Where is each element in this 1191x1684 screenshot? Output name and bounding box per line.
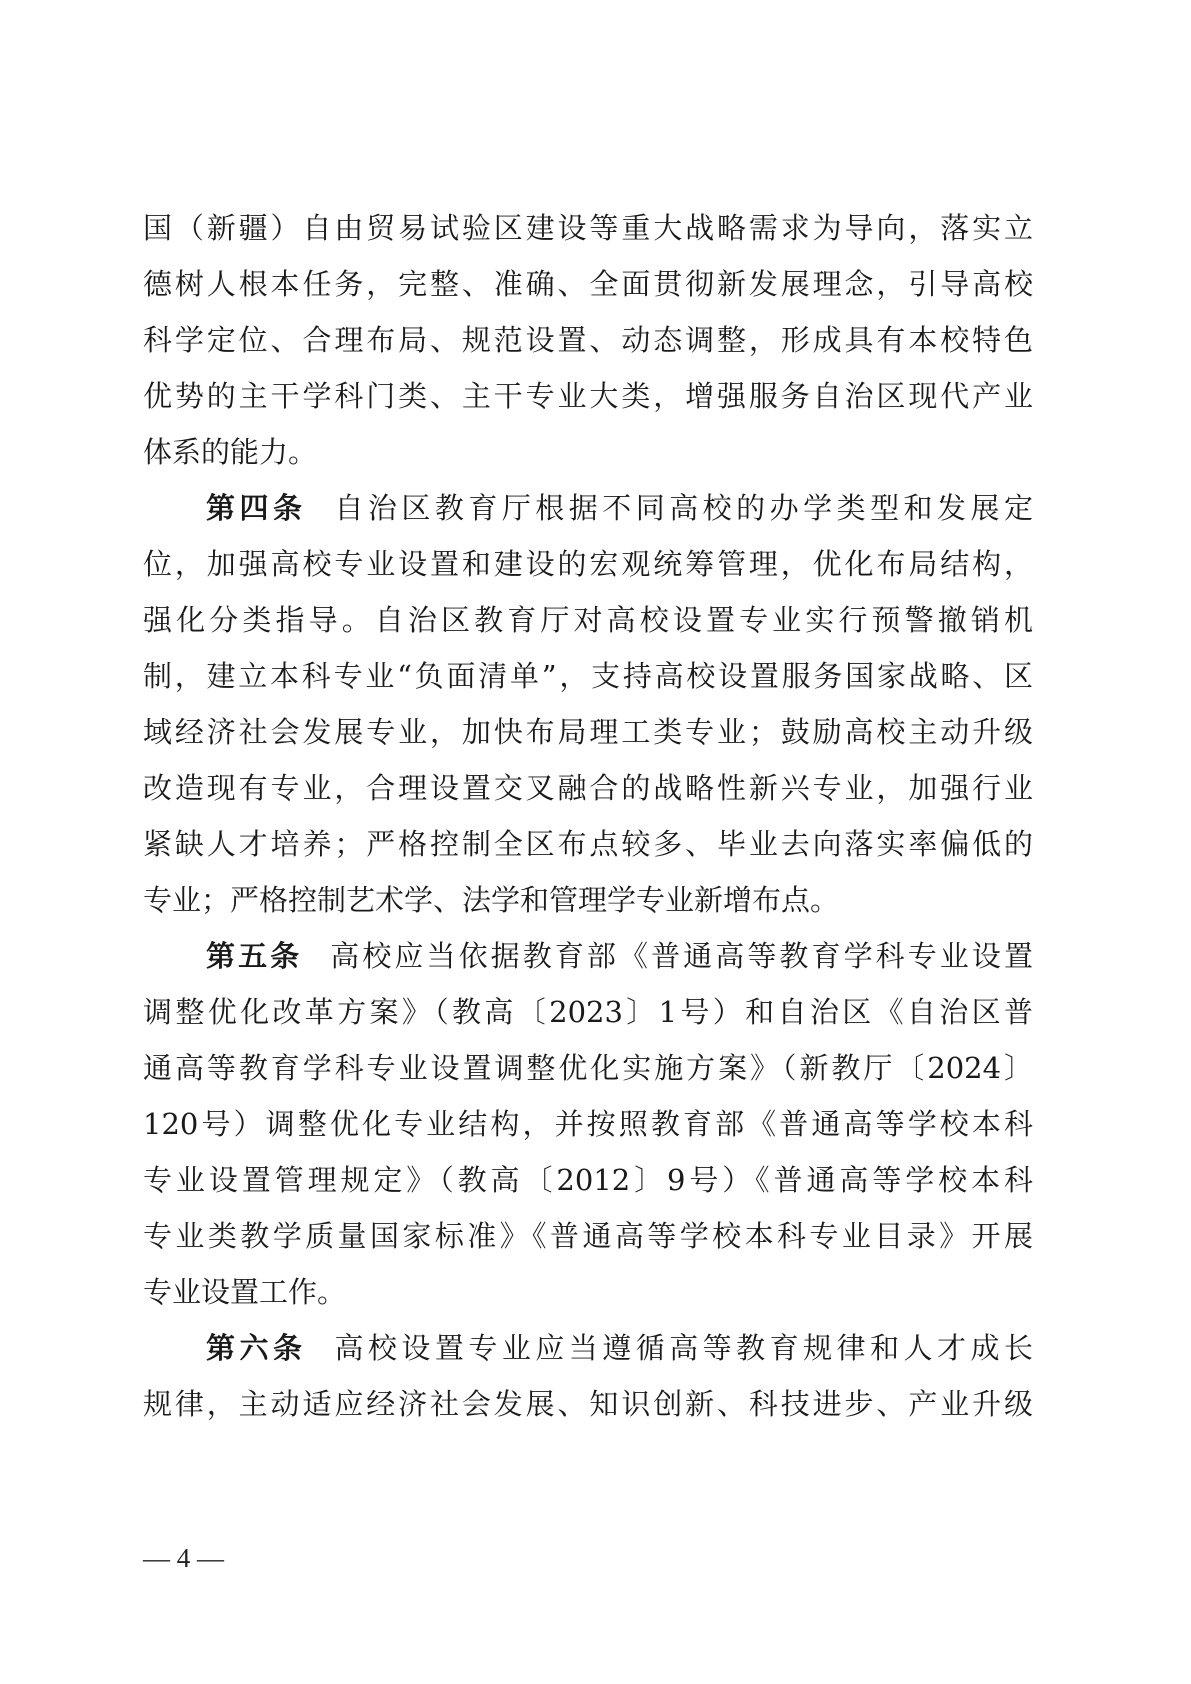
article-heading: 第四条 bbox=[206, 491, 306, 525]
page-number: — 4 — bbox=[143, 1538, 224, 1578]
article-heading: 第五条 bbox=[206, 939, 302, 973]
text-line: 调整优化改革方案》（教高〔2023〕1号）和自治区《自治区普 bbox=[143, 984, 1033, 1040]
text-line: 规律，主动适应经济社会发展、知识创新、科技进步、产业升级 bbox=[143, 1376, 1033, 1432]
text-line: 120号）调整优化专业结构，并按照教育部《普通高等学校本科 bbox=[143, 1096, 1033, 1152]
article-6: 第六条高校设置专业应当遵循高等教育规律和人才成长 规律，主动适应经济社会发展、知… bbox=[143, 1320, 1033, 1432]
paragraph-continuation: 国（新疆）自由贸易试验区建设等重大战略需求为导向，落实立 德树人根本任务，完整、… bbox=[143, 200, 1033, 480]
text-line: 优势的主干学科门类、主干专业大类，增强服务自治区现代产业 bbox=[143, 368, 1033, 424]
article-5: 第五条高校应当依据教育部《普通高等教育学科专业设置 调整优化改革方案》（教高〔2… bbox=[143, 928, 1033, 1320]
text-line: 德树人根本任务，完整、准确、全面贯彻新发展理念，引导高校 bbox=[143, 256, 1033, 312]
text-line: 体系的能力。 bbox=[143, 424, 1033, 480]
document-body: 国（新疆）自由贸易试验区建设等重大战略需求为导向，落实立 德树人根本任务，完整、… bbox=[143, 200, 1033, 1432]
document-page: 国（新疆）自由贸易试验区建设等重大战略需求为导向，落实立 德树人根本任务，完整、… bbox=[0, 0, 1191, 1684]
text-line: 专业类教学质量国家标准》《普通高等学校本科专业目录》开展 bbox=[143, 1208, 1033, 1264]
article-heading: 第六条 bbox=[206, 1331, 306, 1365]
text-line: 专业设置工作。 bbox=[143, 1264, 1033, 1320]
text-line: 域经济社会发展专业，加快布局理工类专业；鼓励高校主动升级 bbox=[143, 704, 1033, 760]
article-4: 第四条自治区教育厅根据不同高校的办学类型和发展定 位，加强高校专业设置和建设的宏… bbox=[143, 480, 1033, 928]
article-text: 高校设置专业应当遵循高等教育规律和人才成长 bbox=[334, 1331, 1033, 1365]
text-line: 制，建立本科专业“负面清单”，支持高校设置服务国家战略、区 bbox=[143, 648, 1033, 704]
text-line: 国（新疆）自由贸易试验区建设等重大战略需求为导向，落实立 bbox=[143, 200, 1033, 256]
text-line: 紧缺人才培养；严格控制全区布点较多、毕业去向落实率偏低的 bbox=[143, 816, 1033, 872]
article-first-line: 第六条高校设置专业应当遵循高等教育规律和人才成长 bbox=[143, 1320, 1033, 1376]
article-text: 自治区教育厅根据不同高校的办学类型和发展定 bbox=[334, 491, 1033, 525]
text-line: 科学定位、合理布局、规范设置、动态调整，形成具有本校特色 bbox=[143, 312, 1033, 368]
text-line: 强化分类指导。自治区教育厅对高校设置专业实行预警撤销机 bbox=[143, 592, 1033, 648]
article-first-line: 第四条自治区教育厅根据不同高校的办学类型和发展定 bbox=[143, 480, 1033, 536]
text-line: 专业设置管理规定》（教高〔2012〕9号）《普通高等学校本科 bbox=[143, 1152, 1033, 1208]
text-line: 位，加强高校专业设置和建设的宏观统筹管理，优化布局结构， bbox=[143, 536, 1033, 592]
article-first-line: 第五条高校应当依据教育部《普通高等教育学科专业设置 bbox=[143, 928, 1033, 984]
text-line: 专业；严格控制艺术学、法学和管理学专业新增布点。 bbox=[143, 872, 1033, 928]
text-line: 改造现有专业，合理设置交叉融合的战略性新兴专业，加强行业 bbox=[143, 760, 1033, 816]
text-line: 通高等教育学科专业设置调整优化实施方案》（新教厅〔2024〕 bbox=[143, 1040, 1033, 1096]
article-text: 高校应当依据教育部《普通高等教育学科专业设置 bbox=[330, 939, 1033, 973]
